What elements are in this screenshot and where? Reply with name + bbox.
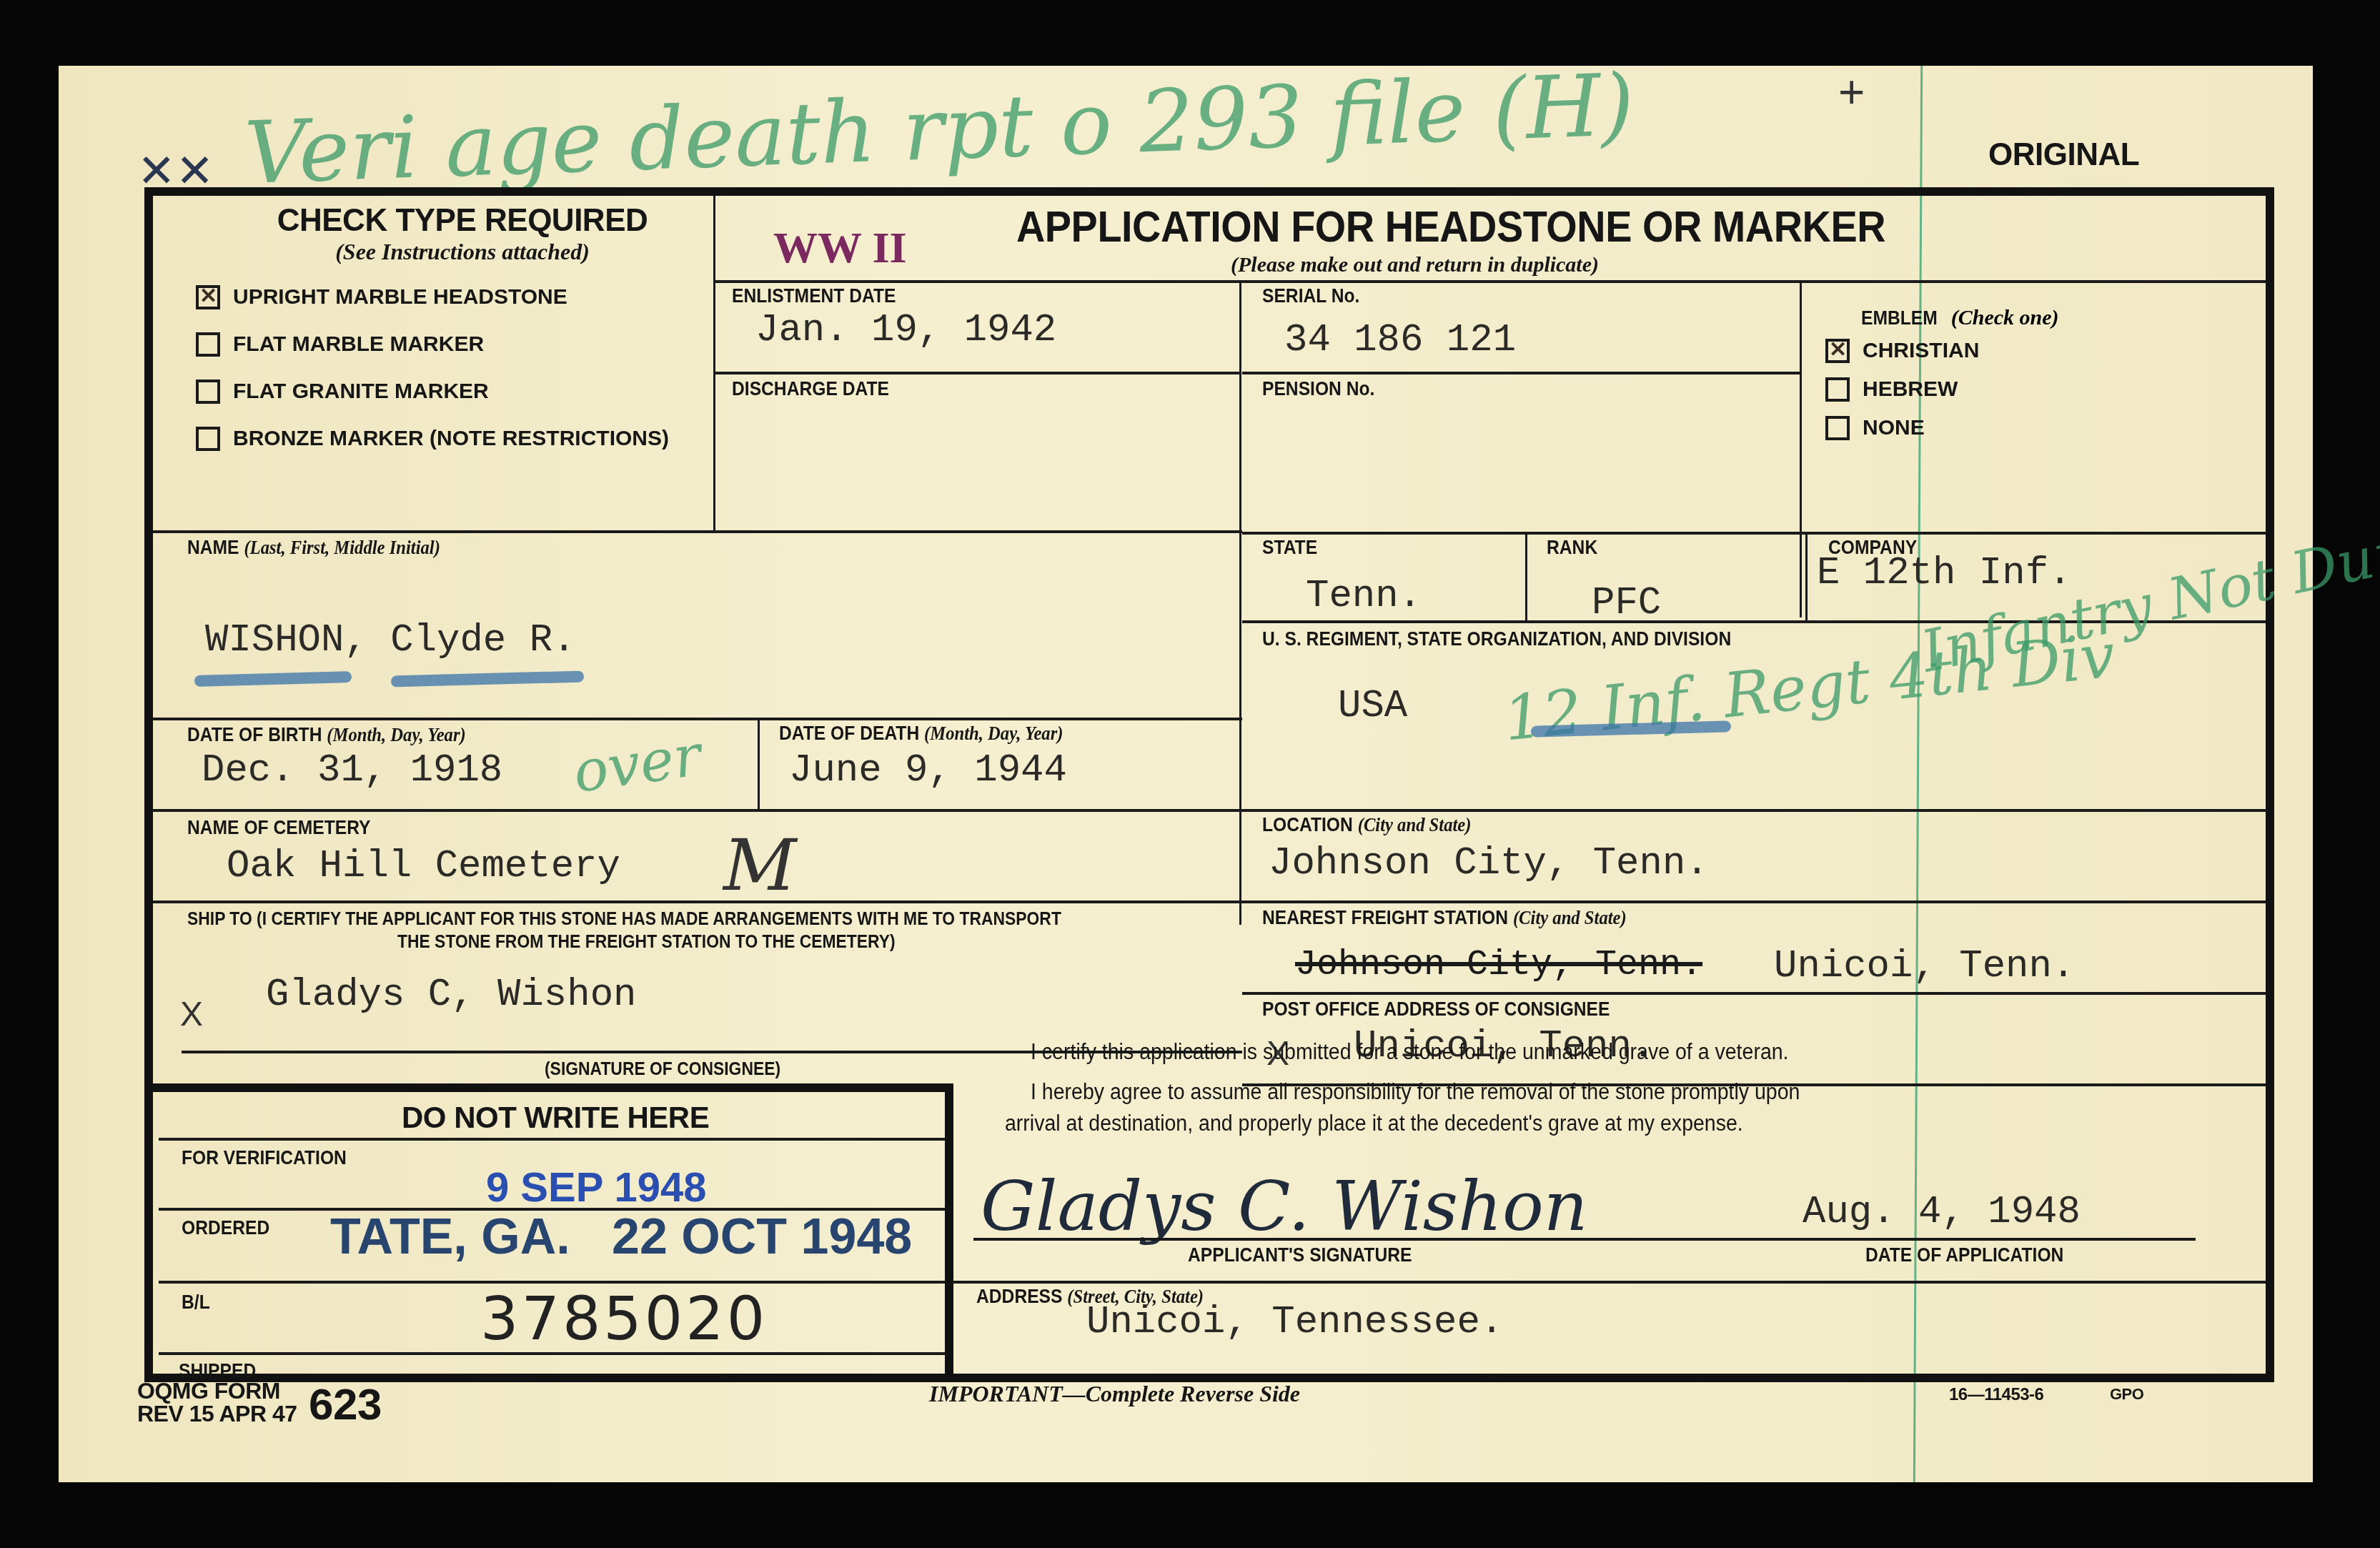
- rule: [1242, 992, 2266, 995]
- cemetery-label: NAME OF CEMETERY: [187, 816, 370, 839]
- option-label: FLAT GRANITE MARKER: [233, 379, 489, 404]
- regiment-label: U. S. REGIMENT, STATE ORGANIZATION, AND …: [1262, 627, 1731, 650]
- headstone-application-form: Veri age death rpt o 293 file (H) ✕✕ + O…: [59, 66, 2313, 1482]
- rule: [1242, 809, 2266, 812]
- form-id: OQMG FORM REV 15 APR 47: [137, 1379, 297, 1425]
- option-flat-granite-marker[interactable]: FLAT GRANITE MARKER: [196, 368, 772, 415]
- box-right: [945, 1083, 953, 1376]
- emblem-christian[interactable]: CHRISTIAN: [1825, 332, 1979, 370]
- blue-underline: [194, 671, 352, 687]
- state-label: STATE: [1262, 536, 1317, 559]
- rule: [1242, 900, 2266, 903]
- emblem-note: (Check one): [1951, 306, 2059, 329]
- checkbox[interactable]: [196, 427, 220, 451]
- option-label: UPRIGHT MARBLE HEADSTONE: [233, 285, 567, 309]
- ordered-label: ORDERED: [182, 1216, 269, 1239]
- certification-line-1: I certify this application is submitted …: [1031, 1039, 1789, 1065]
- rule: [952, 1281, 2266, 1284]
- option-label: NONE: [1863, 416, 1925, 440]
- consignee-signature-caption: (SIGNATURE OF CONSIGNEE): [545, 1058, 780, 1080]
- discharge-date-label: DISCHARGE DATE: [732, 377, 889, 400]
- freight-station-label: NEAREST FREIGHT STATION (City and State): [1262, 906, 1627, 930]
- date-of-death-label: DATE OF DEATH (Month, Day, Year): [779, 722, 1063, 745]
- divider: [1239, 282, 1241, 925]
- printer-code: GPO: [2110, 1385, 2143, 1404]
- copy-label: ORIGINAL: [1988, 137, 2139, 173]
- print-code: 16—11453-6: [1949, 1385, 2043, 1405]
- rule: [153, 718, 1242, 720]
- top-right-mark: +: [1838, 66, 1865, 119]
- option-upright-marble-headstone[interactable]: UPRIGHT MARBLE HEADSTONE: [196, 274, 772, 321]
- office-use-heading: DO NOT WRITE HERE: [402, 1101, 709, 1135]
- option-label: HEBREW: [1863, 377, 1958, 402]
- application-date-caption: DATE OF APPLICATION: [1865, 1244, 2063, 1266]
- rule: [153, 530, 1242, 533]
- checkbox[interactable]: [196, 379, 220, 404]
- date-of-death-value[interactable]: June 9, 1944: [789, 749, 1067, 793]
- frame-right: [2266, 187, 2274, 1381]
- rule: [1795, 1238, 2196, 1241]
- enlistment-date-value[interactable]: Jan. 19, 1942: [755, 309, 1056, 352]
- frame-top: [144, 187, 2274, 196]
- check-type-heading: CHECK TYPE REQUIRED: [153, 203, 772, 239]
- rule: [159, 1138, 945, 1141]
- rule: [1242, 372, 1800, 374]
- pension-no-label: PENSION No.: [1262, 377, 1374, 400]
- rule: [153, 809, 1242, 812]
- checkbox[interactable]: [1825, 416, 1850, 440]
- checkbox-checked[interactable]: [1825, 339, 1850, 363]
- rule: [1242, 532, 2266, 535]
- handwritten-side-note: Infantry Not Dup.: [1915, 513, 2380, 685]
- ww2-stamp: WW II: [773, 223, 907, 274]
- freight-station-struck-value: Johnson City, Tenn.: [1295, 945, 1702, 986]
- rule: [153, 900, 1242, 903]
- rank-value[interactable]: PFC: [1592, 582, 1661, 625]
- form-subtitle: (Please make out and return in duplicate…: [1231, 253, 1599, 277]
- location-value[interactable]: Johnson City, Tenn.: [1269, 842, 1709, 885]
- state-value[interactable]: Tenn.: [1306, 575, 1422, 618]
- form-id-line-2: REV 15 APR 47: [137, 1402, 297, 1425]
- ship-to-label-line2: THE STONE FROM THE FREIGHT STATION TO TH…: [397, 931, 896, 953]
- box-top: [153, 1083, 953, 1092]
- option-label: FLAT MARBLE MARKER: [233, 332, 484, 357]
- rule: [715, 280, 2266, 283]
- handwritten-over: over: [569, 722, 705, 805]
- name-value[interactable]: WISHON, Clyde R.: [205, 619, 575, 663]
- ship-to-value[interactable]: Gladys C, Wishon: [266, 973, 636, 1017]
- date-of-birth-value[interactable]: Dec. 31, 1918: [202, 749, 502, 793]
- name-label: NAME (Last, First, Middle Initial): [187, 536, 440, 560]
- option-bronze-marker[interactable]: BRONZE MARKER (NOTE RESTRICTIONS): [196, 415, 772, 462]
- location-label: LOCATION (City and State): [1262, 813, 1471, 837]
- bl-number: 3785020: [480, 1284, 768, 1354]
- handwritten-top-note: Veri age death rpt o 293 file (H): [243, 56, 1636, 204]
- checkbox-checked[interactable]: [196, 285, 220, 309]
- divider: [1525, 532, 1527, 620]
- blue-underline: [391, 670, 584, 687]
- handwritten-m: M: [723, 823, 796, 907]
- serial-no-label: SERIAL No.: [1262, 284, 1359, 307]
- divider: [1805, 532, 1808, 620]
- checkbox[interactable]: [196, 332, 220, 357]
- ship-to-label: SHIP TO (I CERTIFY THE APPLICANT FOR THI…: [187, 908, 1061, 930]
- applicant-signature[interactable]: Gladys C. Wishon: [981, 1166, 1588, 1246]
- emblem-options: CHRISTIAN HEBREW NONE: [1825, 332, 1979, 447]
- freight-station-value[interactable]: Unicoi, Tenn.: [1774, 945, 2075, 988]
- certification-line-2: I hereby agree to assume all responsibil…: [1031, 1079, 1800, 1105]
- certification-line-3: arrival at destination, and properly pla…: [1005, 1111, 1743, 1136]
- address-value[interactable]: Unicoi, Tennessee.: [1086, 1301, 1503, 1344]
- check-type-subheading: (See Instructions attached): [153, 239, 772, 265]
- x-mark: X: [180, 995, 203, 1034]
- enlistment-date-label: ENLISTMENT DATE: [732, 284, 896, 307]
- option-label: BRONZE MARKER (NOTE RESTRICTIONS): [233, 427, 669, 451]
- emblem-label: EMBLEM: [1861, 307, 1938, 329]
- divider: [758, 719, 760, 810]
- serial-no-value[interactable]: 34 186 121: [1284, 319, 1516, 362]
- rule: [715, 372, 1241, 374]
- form-id-line-1: OQMG FORM: [137, 1379, 297, 1402]
- option-flat-marble-marker[interactable]: FLAT MARBLE MARKER: [196, 321, 772, 368]
- application-date-value[interactable]: Aug. 4, 1948: [1803, 1191, 2081, 1234]
- divider: [713, 196, 715, 532]
- frame-left: [144, 187, 153, 1381]
- applicant-signature-caption: APPLICANT'S SIGNATURE: [1188, 1244, 1412, 1266]
- form-title: APPLICATION FOR HEADSTONE OR MARKER: [1016, 202, 1885, 252]
- checkbox[interactable]: [1825, 377, 1850, 402]
- date-of-birth-label: DATE OF BIRTH (Month, Day, Year): [187, 723, 466, 747]
- rank-label: RANK: [1547, 536, 1597, 559]
- rule: [159, 1352, 945, 1355]
- emblem-section: EMBLEM (Check one): [1861, 306, 2059, 330]
- post-office-label: POST OFFICE ADDRESS OF CONSIGNEE: [1262, 998, 1610, 1021]
- check-type-section: CHECK TYPE REQUIRED (See Instructions at…: [153, 196, 772, 462]
- form-number: 623: [309, 1379, 382, 1430]
- ordered-stamp: TATE, GA. 22 OCT 1948: [330, 1208, 912, 1265]
- emblem-hebrew[interactable]: HEBREW: [1825, 370, 1979, 409]
- important-note: IMPORTANT—Complete Reverse Side: [929, 1381, 1300, 1407]
- cemetery-value[interactable]: Oak Hill Cemetery: [227, 845, 620, 888]
- emblem-none[interactable]: NONE: [1825, 409, 1979, 447]
- verification-label: FOR VERIFICATION: [182, 1146, 347, 1169]
- signature-line: [973, 1238, 1803, 1241]
- bl-label: B/L: [182, 1291, 210, 1314]
- option-label: CHRISTIAN: [1863, 339, 1979, 363]
- company-value[interactable]: E 12th Inf.: [1817, 552, 2071, 595]
- green-pencil-line: [1913, 66, 1923, 1482]
- regiment-value[interactable]: USA: [1338, 685, 1407, 728]
- divider: [1800, 282, 1802, 617]
- verification-stamp: 9 SEP 1948: [486, 1164, 707, 1211]
